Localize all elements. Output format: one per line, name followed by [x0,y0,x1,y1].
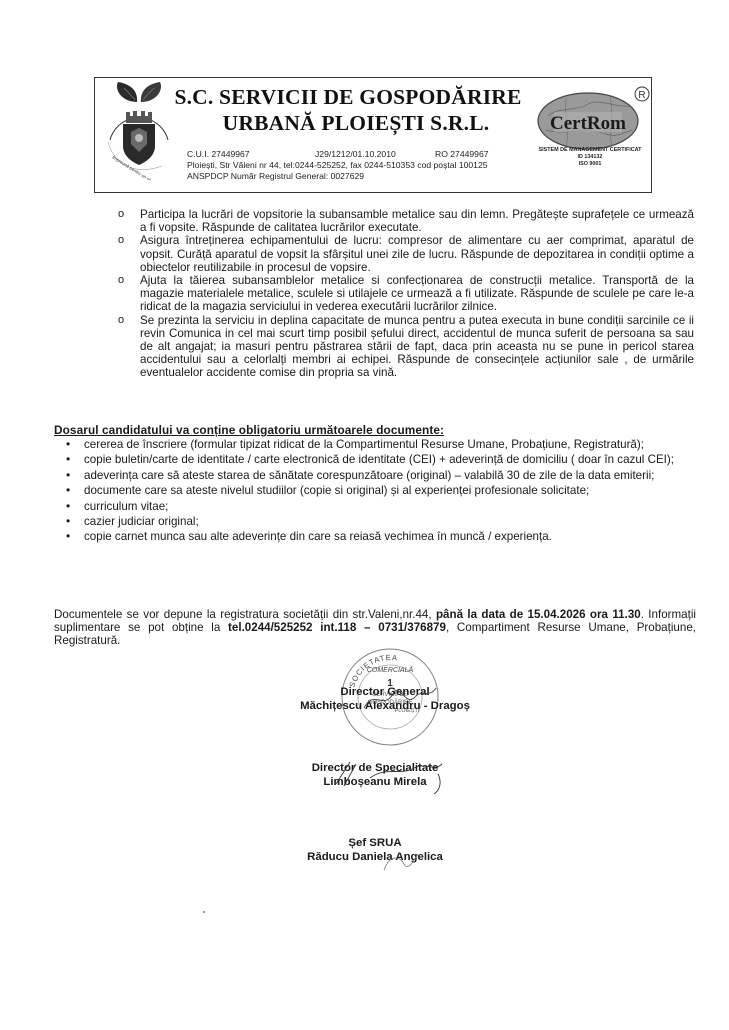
certification-standard: ISO 9001 [522,161,658,168]
document-item: copie buletin/carte de identitate / cart… [60,453,696,466]
company-name-line2: URBANĂ PLOIEȘTI S.R.L. [168,110,528,136]
svg-text:R: R [638,90,645,101]
document-item: cererea de înscriere (formular tipizat r… [60,438,696,451]
documents-list: cererea de înscriere (formular tipizat r… [60,438,696,546]
registration-number: J29/1212/01.10.2010 [315,149,435,160]
documents-heading: Dosarul candidatului va conține obligato… [54,423,444,437]
duty-item: Se prezinta la serviciu in deplina capac… [118,314,694,380]
handwritten-signature-icon [380,850,420,876]
signature-block-srua-head: Șef SRUA Răducu Daniela Angelica [290,837,460,864]
submission-deadline: până la data de 15.04.2026 ora 11.30 [436,608,641,621]
svg-text:CertRom: CertRom [550,113,626,134]
certification-id: ID 134132 [522,154,658,161]
document-item: cazier judiciar original; [60,515,696,528]
job-duties-list: Participa la lucrări de vopsitorie la su… [118,208,694,380]
document-item: adeverința care să ateste starea de sănă… [60,469,696,482]
anspdcp-number: ANSPDCP Număr Registrul General: 0027629 [187,171,489,182]
signature-title: Șef SRUA [290,837,460,851]
document-item: copie carnet munca sau alte adeverințe d… [60,530,696,543]
company-logo-icon: Împreună pentru un oraș mai frumos [104,80,174,180]
ro-code: RO 27449967 [435,149,489,160]
duty-item: Participa la lucrări de vopsitorie la su… [118,208,694,234]
document-item: curriculum vitae; [60,500,696,513]
company-name: S.C. SERVICII DE GOSPODĂRIRE URBANĂ PLOI… [168,84,528,136]
handwritten-signature-icon [330,756,450,796]
company-name-line1: S.C. SERVICII DE GOSPODĂRIRE [168,84,528,110]
company-info: C.U.I. 27449967J29/1212/01.10.2010RO 274… [187,149,489,182]
svg-text:COMERCIALĂ: COMERCIALĂ [367,665,414,674]
contact-phone: tel.0244/525252 int.118 – 0731/376879 [228,621,446,634]
document-item: documente care sa ateste nivelul studiil… [60,484,696,497]
cui-code: C.U.I. 27449967 [187,149,315,160]
scan-speck [203,911,205,913]
certification-text: SISTEM DE MANAGEMENT CERTIFICAT ID 13413… [522,147,658,168]
duty-item: Ajuta la tăierea subansamblelor metalice… [118,274,694,314]
company-address: Ploiești, Str Văleni nr 44, tel:0244-525… [187,160,489,171]
handwritten-signature-icon [360,678,440,718]
signature-name: Răducu Daniela Angelica [290,851,460,865]
certification-line1: SISTEM DE MANAGEMENT CERTIFICAT [522,147,658,154]
submission-text: Documentele se vor depune la registratur… [54,608,436,621]
duty-item: Asigura întreținerea echipamentului de l… [118,234,694,274]
